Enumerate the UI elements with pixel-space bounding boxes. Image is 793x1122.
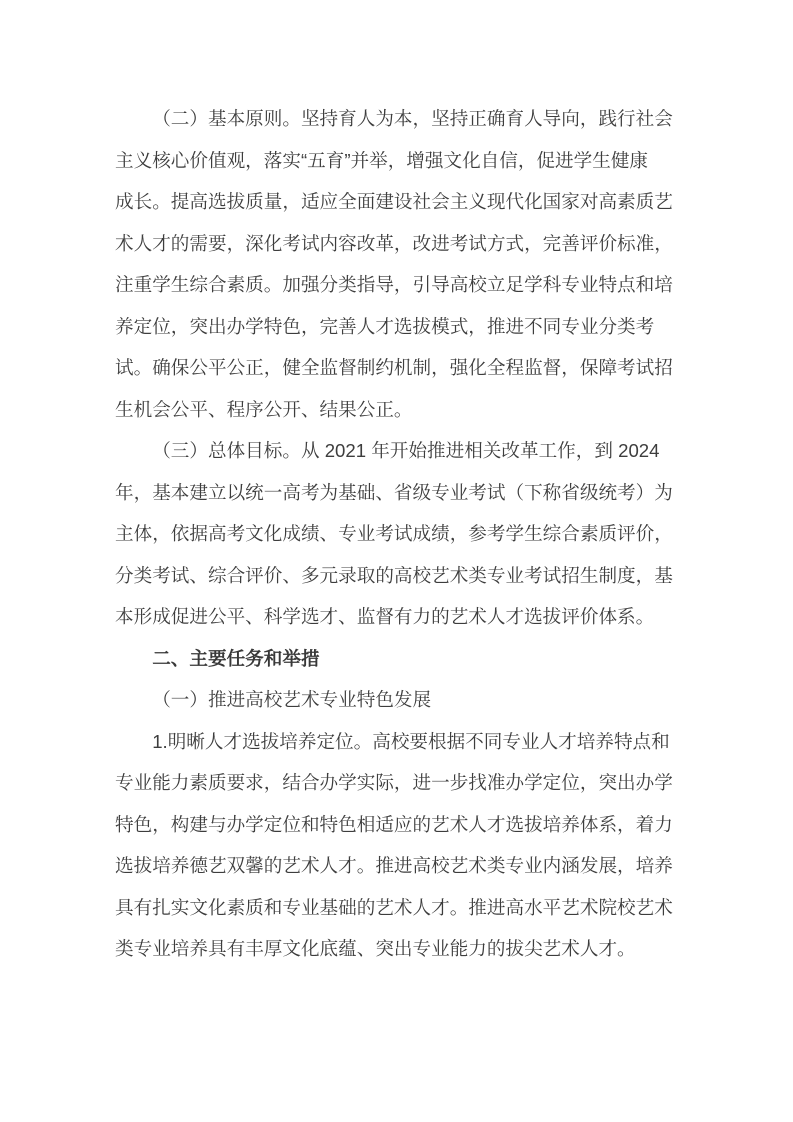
text-line: 年，基本建立以统一高考为基础、省级专业考试（下称省级统考）为 — [115, 472, 672, 514]
text-line: （一）推进高校艺术专业特色发展 — [115, 679, 672, 721]
text-line: 术人才的需要，深化考试内容改革，改进考试方式，完善评价标准， — [115, 223, 672, 265]
text-line: 主体，依据高考文化成绩、专业考试成绩，参考学生综合素质评价， — [115, 513, 672, 555]
text-line: 特色，构建与办学定位和特色相适应的艺术人才选拔培养体系，着力 — [115, 804, 672, 846]
heading-main-tasks: 二、主要任务和举措 — [115, 638, 672, 680]
heading-line: 二、主要任务和举措 — [115, 638, 672, 680]
text-line: 注重学生综合素质。加强分类指导，引导高校立足学科专业特点和培 — [115, 264, 672, 306]
text-line: 1.明晰人才选拔培养定位。高校要根据不同专业人才培养特点和 — [115, 721, 672, 763]
text-line: 本形成促进公平、科学选才、监督有力的艺术人才选拔评价体系。 — [115, 596, 672, 638]
para-basic-principles: （二）基本原则。坚持育人为本，坚持正确育人导向，践行社会主义核心价值观，落实“五… — [115, 98, 672, 430]
document-content: （二）基本原则。坚持育人为本，坚持正确育人导向，践行社会主义核心价值观，落实“五… — [115, 98, 672, 970]
text-line: 分类考试、综合评价、多元录取的高校艺术类专业考试招生制度，基 — [115, 555, 672, 597]
document-page: （二）基本原则。坚持育人为本，坚持正确育人导向，践行社会主义核心价值观，落实“五… — [0, 0, 793, 1122]
text-line: （三）总体目标。从 2021 年开始推进相关改革工作，到 2024 — [115, 430, 672, 472]
text-line: 试。确保公平公正，健全监督制约机制，强化全程监督，保障考试招 — [115, 347, 672, 389]
para-item-1-talent-positioning: 1.明晰人才选拔培养定位。高校要根据不同专业人才培养特点和专业能力素质要求，结合… — [115, 721, 672, 970]
text-line: 成长。提高选拔质量，适应全面建设社会主义现代化国家对高素质艺 — [115, 181, 672, 223]
text-line: 选拔培养德艺双馨的艺术人才。推进高校艺术类专业内涵发展，培养 — [115, 845, 672, 887]
text-line: 主义核心价值观，落实“五育”并举，增强文化自信，促进学生健康 — [115, 140, 672, 182]
text-line: （二）基本原则。坚持育人为本，坚持正确育人导向，践行社会 — [115, 98, 672, 140]
text-line: 养定位，突出办学特色，完善人才选拔模式，推进不同专业分类考 — [115, 306, 672, 348]
text-line: 类专业培养具有丰厚文化底蕴、突出专业能力的拔尖艺术人才。 — [115, 928, 672, 970]
para-overall-goals: （三）总体目标。从 2021 年开始推进相关改革工作，到 2024年，基本建立以… — [115, 430, 672, 638]
text-line: 具有扎实文化素质和专业基础的艺术人才。推进高水平艺术院校艺术 — [115, 887, 672, 929]
text-line: 专业能力素质要求，结合办学实际，进一步找准办学定位，突出办学 — [115, 762, 672, 804]
text-line: 生机会公平、程序公开、结果公正。 — [115, 389, 672, 431]
para-subsection-title: （一）推进高校艺术专业特色发展 — [115, 679, 672, 721]
